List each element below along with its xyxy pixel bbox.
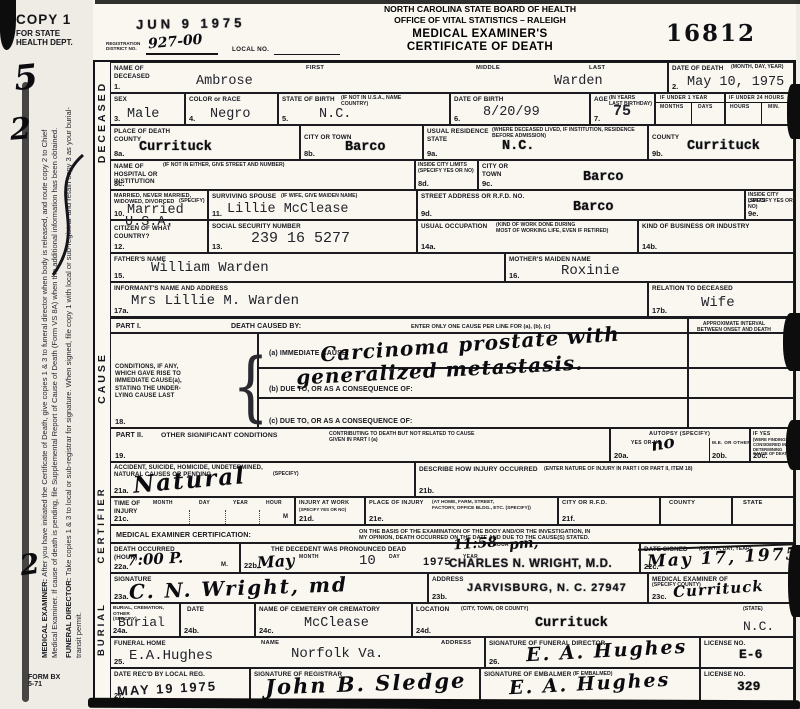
- section-label-certifier: CERTIFIER: [96, 482, 107, 568]
- autopsy-me-other-label: M.E. OR OTHER: [712, 440, 751, 445]
- injury-work-note: (SPECIFY YES OR NO): [299, 507, 346, 512]
- relation-label: RELATION TO DECEASED: [652, 285, 733, 293]
- title-line-3: MEDICAL EXAMINER'S: [330, 28, 630, 40]
- field-citizen: CITIZEN OF WHAT COUNTRY? 12. U.S.A.: [110, 220, 208, 253]
- field-residence-city: CITY OR TOWN 9c. Barco: [478, 160, 794, 190]
- field-surviving-spouse: SURVIVING SPOUSE (IF WIFE, GIVE MAIDEN N…: [208, 190, 417, 220]
- part2-label: PART II.: [116, 432, 143, 440]
- funeral-home-addr-head: ADDRESS: [441, 640, 471, 646]
- icl1-note: (SPECIFY YES OR NO): [418, 169, 474, 175]
- u1y-divider-v: [691, 102, 692, 126]
- ssn-num: 13.: [212, 242, 222, 251]
- informant-value: Mrs Lillie M. Warden: [131, 293, 299, 309]
- how-injury-num: 21b.: [419, 486, 434, 495]
- scan-artifact-topleft: [0, 0, 16, 50]
- field-if-under-24-hours: IF UNDER 24 HOURS HOURS MIN.: [725, 93, 794, 125]
- field-ssn: SOCIAL SECURITY NUMBER 13. 239 16 5277: [208, 220, 417, 253]
- funeral-home-name-head: NAME: [261, 640, 279, 646]
- location-value: Currituck: [535, 616, 608, 631]
- autopsy-yes-no-num: 20a.: [614, 451, 629, 460]
- other-conditions-note: CONTRIBUTING TO DEATH BUT NOT RELATED TO…: [329, 432, 474, 444]
- interval-header: APPROXIMATE INTERVAL BETWEEN ONSET AND D…: [697, 322, 771, 334]
- conditions-label: CONDITIONS, IF ANY, WHICH GAVE RISE TO I…: [115, 364, 182, 400]
- father-value: William Warden: [151, 260, 269, 276]
- injury-work-label: INJURY AT WORK: [299, 500, 349, 506]
- autopsy-cell: AUTOPSY (SPECIFY) YES OR NO 20a. M.E. OR…: [610, 428, 750, 462]
- spouse-note: (IF WIFE, GIVE MAIDEN NAME): [281, 194, 357, 200]
- registration-district-label: REGISTRATION DISTRICT NO.: [106, 41, 140, 51]
- place-injury-num: 21e.: [369, 514, 384, 523]
- manner-num: 21a.: [114, 486, 129, 495]
- pronounced-day-head: DAY: [389, 554, 400, 560]
- section-label-burial: BURIAL: [96, 592, 107, 666]
- field-place-of-death-city: CITY OR TOWN 8b. Barco: [300, 125, 423, 160]
- dod-label: DATE OF DEATH: [672, 65, 723, 73]
- spouse-label: SURVIVING SPOUSE: [212, 193, 276, 201]
- scan-artifact-right2: [783, 313, 800, 371]
- field-street-address: STREET ADDRESS OR R.F.D. NO. 9d. Barco: [417, 190, 745, 220]
- location-state-note: (STATE): [743, 607, 763, 613]
- dod-value: May 10, 1975: [687, 75, 784, 90]
- name-num: 1.: [114, 82, 120, 91]
- field-place-of-death-county: PLACE OF DEATH COUNTY 8a. Currituck: [110, 125, 300, 160]
- copy-subtitle: FOR STATE HEALTH DEPT.: [16, 29, 73, 47]
- scan-artifact-top: [95, 0, 800, 4]
- field-injury-city: CITY OR R.F.D. 21f.: [558, 497, 660, 525]
- toi-num: 21c.: [114, 514, 129, 523]
- field-state-of-birth: STATE OF BIRTH (IF NOT IN U.S.A., NAME C…: [278, 93, 450, 125]
- father-num: 15.: [114, 271, 124, 280]
- burial-date-label: DATE: [187, 606, 204, 614]
- injury-state-label: STATE: [743, 500, 763, 506]
- month-head: MONTH: [153, 500, 173, 506]
- dob-label: DATE OF BIRTH: [454, 96, 503, 104]
- me-county-num: 23c.: [652, 592, 667, 601]
- u1y-days-head: DAYS: [698, 104, 713, 110]
- margin-pen-scribble: [28, 150, 98, 280]
- title-line-4: CERTIFICATE OF DEATH: [330, 41, 630, 53]
- relation-value: Wife: [701, 295, 735, 311]
- injury-county-label: COUNTY: [669, 500, 695, 506]
- part2-cell: PART II. OTHER SIGNIFICANT CONDITIONS CO…: [110, 428, 610, 462]
- u24-label: IF UNDER 24 HOURS: [729, 95, 784, 101]
- sob-label: STATE OF BIRTH: [282, 96, 335, 104]
- injury-city-num: 21f.: [562, 514, 575, 523]
- section-label-deceased: DECEASED: [96, 62, 108, 182]
- name-label: NAME OF DECEASED: [114, 65, 150, 80]
- manner-note: (SPECIFY): [273, 472, 299, 478]
- field-date-of-birth: DATE OF BIRTH 6. 8/20/99: [450, 93, 590, 125]
- field-fd-license: LICENSE NO. E-6: [700, 637, 794, 668]
- certificate-number: 16812: [666, 20, 756, 47]
- part1-num: 18.: [115, 417, 125, 426]
- field-if-under-1-year: IF UNDER 1 YEAR MONTHS DAYS: [655, 93, 725, 125]
- u24-divider-v: [761, 102, 762, 126]
- part1-label: PART I.: [116, 323, 141, 331]
- pronounced-ampm-value: pm,: [508, 535, 539, 554]
- race-label: COLOR or RACE: [189, 96, 241, 104]
- autopsy-divider: [709, 438, 710, 463]
- me-certification-text: ON THE BASIS OF THE EXAMINATION OF THE B…: [359, 529, 789, 542]
- last-name-value: Warden: [554, 74, 603, 89]
- field-me-county: MEDICAL EXAMINER OF (SPECIFY COUNTY) 23c…: [648, 573, 794, 603]
- fd-license-value: E-6: [739, 647, 762, 662]
- street-num: 9d.: [421, 209, 432, 218]
- res-city-value: Barco: [583, 170, 624, 185]
- scan-artifact-bottom: [88, 698, 800, 709]
- field-me-address: ADDRESS 23b. JARVISBURG, N. C. 27947: [428, 573, 648, 603]
- funeral-home-addr-value: Norfolk Va.: [291, 646, 383, 662]
- hosp-note: (IF NOT IN EITHER, GIVE STREET AND NUMBE…: [163, 163, 284, 169]
- sob-value: N.C.: [319, 107, 351, 122]
- death-hour-m: M.: [221, 562, 228, 568]
- interval-row-b: [688, 368, 794, 398]
- line-c-label: (c) DUE TO, OR AS A CONSEQUENCE OF:: [269, 418, 412, 426]
- res-city-label: CITY OR TOWN: [482, 163, 508, 178]
- pronounced-hour-label: HOUR: [493, 542, 509, 548]
- injury-city-label: CITY OR R.F.D.: [562, 500, 607, 506]
- field-burial-type: BURIAL, CREMATION, OTHER (SPECIFY) 24a. …: [110, 603, 180, 637]
- field-hospital: NAME OF HOSPITAL OR INSTITUTION (IF NOT …: [110, 160, 415, 190]
- death-certificate-scan: { "header":{ "copy_title":"COPY 1", "cop…: [0, 0, 800, 709]
- field-death-occurred-hour: DEATH OCCURRED (HOUR) 22a. 7:00 P. M.: [110, 543, 240, 573]
- pod-county-value: Currituck: [139, 140, 212, 155]
- me-address-num: 23b.: [432, 592, 447, 601]
- field-manner-of-death: ACCIDENT, SUICIDE, HOMICIDE, UNDETERMINE…: [110, 462, 415, 497]
- dob-num: 6.: [454, 114, 460, 123]
- relation-num: 17b.: [652, 306, 667, 315]
- informant-num: 17a.: [114, 306, 129, 315]
- form-title-block: NORTH CAROLINA STATE BOARD OF HEALTH OFF…: [330, 4, 630, 53]
- age-label: AGE: [594, 96, 608, 104]
- field-inside-city-limits-8d: INSIDE CITY LIMITS (SPECIFY YES OR NO) 8…: [415, 160, 478, 190]
- if-yes-num: 20c.: [753, 451, 768, 460]
- location-state-value: N.C.: [743, 619, 774, 634]
- sob-num: 5.: [282, 114, 288, 123]
- place-injury-note: (AT HOME, FARM, STREET, FACTORY, OFFICE …: [432, 500, 531, 511]
- part1-conditions-cell: CONDITIONS, IF ANY, WHICH GAVE RISE TO I…: [110, 333, 258, 428]
- field-embalmer-signature: SIGNATURE OF EMBALMER (IF EMBALMED) E. A…: [480, 668, 700, 703]
- cemetery-num: 24c.: [259, 626, 274, 635]
- occ-note: (KIND OF WORK DONE DURING MOST OF WORKIN…: [496, 223, 608, 235]
- mother-value: Roxinie: [561, 263, 620, 279]
- scan-artifact-right4: [788, 545, 800, 617]
- hosp-num: 8c.: [114, 179, 124, 188]
- race-num: 4.: [189, 114, 195, 123]
- field-industry: KIND OF BUSINESS OR INDUSTRY 14b.: [638, 220, 794, 253]
- autopsy-value: no: [649, 432, 676, 456]
- medical-examiner-instruction-lead: MEDICAL EXAMINER:: [40, 579, 49, 658]
- section-label-cause: CAUSE: [96, 328, 108, 428]
- res-county-label: COUNTY: [652, 134, 679, 142]
- funeral-home-name-value: E.A.Hughes: [129, 648, 213, 664]
- cause-line-c: (c) DUE TO, OR AS A CONSEQUENCE OF:: [258, 398, 688, 428]
- field-injury-state: STATE: [732, 497, 794, 525]
- interval-row-c: [688, 398, 794, 428]
- toi-dot2: [225, 510, 226, 526]
- field-father-name: FATHER'S NAME 15. William Warden: [110, 253, 505, 282]
- ssn-value: 239 16 5277: [251, 230, 350, 247]
- hour-head: HOUR: [266, 500, 282, 506]
- death-caused-by-label: DEATH CAUSED BY:: [231, 323, 301, 331]
- embalmer-license-label: LICENSE NO.: [704, 671, 745, 679]
- pronounced-time-value: 11:58: [452, 534, 497, 553]
- street-value: Barco: [573, 200, 614, 215]
- injury-work-num: 21d.: [299, 514, 314, 523]
- age-value: 75: [613, 103, 631, 120]
- field-burial-date: DATE 24b.: [180, 603, 255, 637]
- how-injury-note: (ENTER NATURE OF INJURY IN PART I OR PAR…: [544, 467, 692, 473]
- sex-value: Male: [127, 107, 159, 122]
- pronouncer-name-stamp: CHARLES N. WRIGHT, M.D.: [449, 558, 612, 570]
- location-label: LOCATION: [416, 606, 449, 614]
- spouse-value: Lillie McClease: [227, 202, 349, 217]
- citizen-value: U.S.A.: [125, 215, 174, 230]
- interval-header-cell: APPROXIMATE INTERVAL BETWEEN ONSET AND D…: [688, 317, 794, 333]
- me-certification-label: MEDICAL EXAMINER CERTIFICATION:: [116, 531, 251, 540]
- burial-type-value: Burial: [118, 615, 165, 630]
- res-city-num: 9c.: [482, 179, 492, 188]
- res-state-value: N.C.: [502, 139, 534, 154]
- field-injury-county: COUNTY: [660, 497, 732, 525]
- form-code: FORM BX 5-71: [28, 674, 60, 688]
- field-time-of-injury: TIME OF INJURY MONTH DAY YEAR HOUR M 21c…: [110, 497, 295, 525]
- funeral-director-instruction-lead: FUNERAL DIRECTOR:: [64, 578, 73, 658]
- pronounced-month-value: May: [256, 551, 295, 573]
- title-line-2: OFFICE OF VITAL STATISTICS – RALEIGH: [330, 15, 630, 25]
- day-head: DAY: [199, 500, 210, 506]
- pronounced-month-head: MONTH: [299, 554, 319, 560]
- field-mother-name: MOTHER'S MAIDEN NAME 16. Roxinie: [505, 253, 794, 282]
- field-occupation: USUAL OCCUPATION (KIND OF WORK DONE DURI…: [417, 220, 638, 253]
- pod-county-num: 8a.: [114, 149, 124, 158]
- age-num: 7.: [594, 114, 600, 123]
- field-place-of-injury: PLACE OF INJURY (AT HOME, FARM, STREET, …: [365, 497, 558, 525]
- cemetery-value: McClease: [304, 616, 369, 631]
- fd-signature-num: 26.: [489, 657, 499, 666]
- u1y-months-head: MONTHS: [660, 104, 683, 110]
- mother-num: 16.: [509, 271, 519, 280]
- u1y-label: IF UNDER 1 YEAR: [660, 95, 707, 101]
- spouse-num: 11.: [212, 209, 222, 218]
- informant-label: INFORMANT'S NAME AND ADDRESS: [114, 285, 228, 293]
- race-value: Negro: [210, 107, 251, 122]
- field-embalmer-license: LICENSE NO. 329: [700, 668, 794, 703]
- me-address-value: JARVISBURG, N. C. 27947: [467, 582, 627, 594]
- copy-title: COPY 1: [16, 12, 73, 27]
- field-age: AGE (IN YEARS LAST BIRTHDAY) 7. 75: [590, 93, 655, 125]
- place-injury-label: PLACE OF INJURY: [369, 500, 424, 506]
- year-head: YEAR: [233, 500, 248, 506]
- occ-num: 14a.: [421, 242, 436, 251]
- industry-label: KIND OF BUSINESS OR INDUSTRY: [642, 223, 750, 231]
- date-received-label: DATE REC'D BY LOCAL REG.: [114, 671, 205, 679]
- icl2-num: 9e.: [748, 209, 758, 218]
- field-funeral-home: FUNERAL HOME NAME ADDRESS 25. E.A.Hughes…: [110, 637, 485, 668]
- local-no-underline: [274, 54, 340, 55]
- field-how-injury-occurred: DESCRIBE HOW INJURY OCCURRED (ENTER NATU…: [415, 462, 794, 497]
- u24-min-head: MIN.: [768, 104, 780, 110]
- sex-label: SEX: [114, 96, 127, 104]
- funeral-home-num: 25.: [114, 657, 124, 666]
- field-cemetery-location: LOCATION (CITY, TOWN, OR COUNTY) (STATE)…: [412, 603, 794, 637]
- received-date-stamp: JUN 9 1975: [136, 15, 246, 32]
- field-injury-at-work: INJURY AT WORK (SPECIFY YES OR NO) 21d.: [295, 497, 365, 525]
- copy-block: COPY 1 FOR STATE HEALTH DEPT.: [16, 12, 73, 47]
- field-sex: SEX 3. Male: [110, 93, 185, 125]
- me-signature-num: 23a.: [114, 592, 129, 601]
- first-name-value: Ambrose: [196, 74, 253, 89]
- pronounced-year-value: 1975: [423, 556, 451, 568]
- part2-num: 19.: [115, 451, 125, 460]
- citizen-num: 12.: [114, 242, 124, 251]
- res-state-num: 9a.: [427, 149, 437, 158]
- field-pronounced-dead: THE DECEDENT WAS PRONOUNCED DEAD MONTH D…: [240, 543, 640, 573]
- death-hour-value: 7:00 P.: [127, 549, 184, 570]
- funeral-home-label: FUNERAL HOME: [114, 640, 166, 648]
- dob-value: 8/20/99: [483, 105, 540, 120]
- date-received-value: MAY 19 1975: [117, 678, 218, 698]
- u24-hours-head: HOURS: [730, 104, 750, 110]
- field-residence-county: COUNTY 9b. Currituck: [648, 125, 794, 160]
- icl1-num: 8d.: [418, 179, 429, 188]
- pod-city-value: Barco: [345, 140, 386, 155]
- pod-city-num: 8b.: [304, 149, 315, 158]
- name-last-head: LAST: [589, 65, 605, 71]
- scan-artifact-right3: [786, 420, 800, 470]
- field-cemetery: NAME OF CEMETERY OR CREMATORY 24c. McCle…: [255, 603, 412, 637]
- field-relation: RELATION TO DECEASED 17b. Wife: [648, 282, 794, 317]
- title-line-1: NORTH CAROLINA STATE BOARD OF HEALTH: [330, 4, 630, 14]
- time-injury-label: TIME OF INJURY: [114, 500, 140, 515]
- field-name-of-deceased: NAME OF DECEASED 1. FIRST MIDDLE LAST Am…: [110, 62, 668, 93]
- name-middle-head: MIDDLE: [476, 65, 500, 71]
- field-inside-city-limits-9e: INSIDE CITY LIMITS (SPECIFY YES OR NO) 9…: [745, 190, 794, 220]
- registration-district-underline: [146, 53, 218, 55]
- embalmer-license-value: 329: [737, 679, 760, 694]
- pronounced-day-value: 10: [359, 553, 376, 569]
- burial-date-num: 24b.: [184, 626, 199, 635]
- toi-dot3: [259, 510, 260, 526]
- name-first-head: FIRST: [306, 65, 324, 71]
- cemetery-label: NAME OF CEMETERY OR CREMATORY: [259, 606, 380, 614]
- marital-num: 10.: [114, 209, 124, 218]
- interval-row-a: [688, 333, 794, 368]
- field-me-signature: SIGNATURE 23a. C. N. Wright, md: [110, 573, 428, 603]
- res-county-num: 9b.: [652, 149, 663, 158]
- me-address-label: ADDRESS: [432, 576, 464, 584]
- scan-fold-line: [22, 82, 29, 702]
- line-b-label: (b) DUE TO, OR AS A CONSEQUENCE OF:: [269, 386, 413, 394]
- res-county-value: Currituck: [687, 139, 760, 154]
- field-date-of-death: DATE OF DEATH (MONTH, DAY, YEAR) 2. May …: [668, 62, 794, 93]
- scan-artifact-right1: [787, 84, 800, 139]
- location-num: 24d.: [416, 626, 431, 635]
- occ-label: USUAL OCCUPATION: [421, 223, 487, 231]
- toi-dot1: [189, 510, 190, 526]
- dod-note: (MONTH, DAY, YEAR): [731, 65, 783, 71]
- dod-num: 2.: [672, 82, 678, 91]
- other-conditions-label: OTHER SIGNIFICANT CONDITIONS: [161, 432, 277, 440]
- autopsy-me-other-num: 20b.: [712, 451, 727, 460]
- street-label: STREET ADDRESS OR R.F.D. NO.: [421, 193, 524, 201]
- field-residence-state: USUAL RESIDENCE STATE (WHERE DECEASED LI…: [423, 125, 648, 160]
- field-color-race: COLOR or RACE 4. Negro: [185, 93, 278, 125]
- industry-num: 14b.: [642, 242, 657, 251]
- sex-num: 3.: [114, 114, 120, 123]
- res-state-label: USUAL RESIDENCE STATE: [427, 128, 489, 143]
- field-informant: INFORMANT'S NAME AND ADDRESS 17a. Mrs Li…: [110, 282, 648, 317]
- field-funeral-director-signature: SIGNATURE OF FUNERAL DIRECTOR 26. E. A. …: [485, 637, 700, 668]
- me-signature-value: C. N. Wright, md: [129, 572, 349, 604]
- local-no-label: LOCAL NO.: [232, 46, 269, 53]
- location-note: (CITY, TOWN, OR COUNTY): [461, 607, 528, 613]
- toi-m-label: M: [283, 514, 288, 520]
- how-injury-label: DESCRIBE HOW INJURY OCCURRED: [419, 466, 538, 474]
